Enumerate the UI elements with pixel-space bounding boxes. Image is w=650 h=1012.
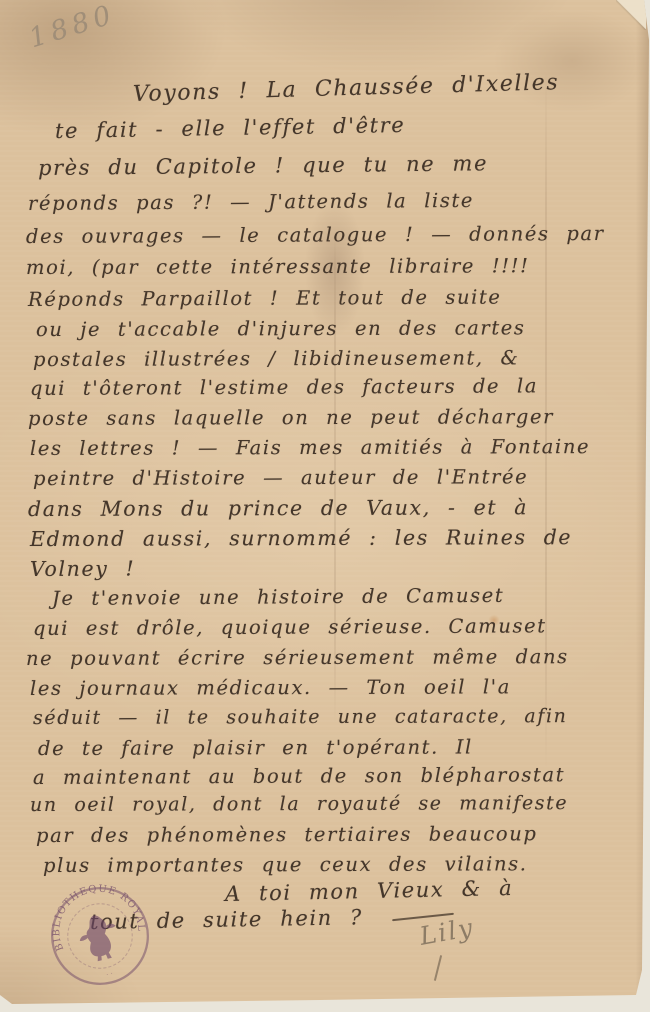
letter-line: moi, (par cette intéressante libraire !!…	[26, 254, 530, 279]
letter-line: les lettres ! — Fais mes amitiés à Fonta…	[30, 435, 590, 460]
letter-line: Voyons ! La Chaussée d'Ixelles	[133, 70, 560, 107]
letter-photo: { "letter": { "year_annotation": "1880",…	[0, 0, 650, 1012]
letter-line: plus importantes que ceux des vilains.	[43, 852, 528, 877]
letter-page: 1880 Voyons ! La Chaussée d'Ixelles te f…	[0, 0, 650, 1012]
lion-emblem-icon	[75, 911, 123, 964]
letter-line: ou je t'accable d'injures en des cartes	[36, 316, 526, 341]
letter-line: séduit — il te souhaite une cataracte, a…	[33, 705, 568, 729]
library-stamp: BIBLIOTHÈQUE ROYALE DE B. · ·	[37, 873, 163, 999]
letter-line: ne pouvant écrire sérieusement même dans	[26, 645, 569, 670]
letter-line: de te faire plaisir en t'opérant. Il	[38, 735, 473, 760]
letter-line: réponds pas ?! — J'attends la liste	[28, 189, 474, 215]
letter-line: qui t'ôteront l'estime des facteurs de l…	[30, 374, 538, 400]
stamp-bottom-mark: · ·	[105, 969, 114, 979]
folded-corner	[616, 0, 646, 30]
letter-line: Je t'envoie une histoire de Camuset	[52, 584, 504, 610]
letter-line: peintre d'Histoire — auteur de l'Entrée	[33, 465, 528, 490]
letter-line: te fait - elle l'effet d'être	[55, 113, 406, 143]
letter-line: un oeil royal, dont la royauté se manife…	[30, 792, 568, 816]
letter-line: postales illustrées / libidineusement, &	[33, 346, 520, 371]
letter-line: a maintenant au bout de son blépharostat	[33, 763, 565, 789]
letter-line: poste sans laquelle on ne peut décharger	[28, 405, 554, 430]
letter-line: près du Capitole ! que tu ne me	[38, 151, 488, 180]
letter-line: par des phénomènes tertiaires beaucoup	[36, 822, 538, 847]
letter-line: Réponds Parpaillot ! Et tout de suite	[28, 286, 502, 311]
letter-line: dans Mons du prince de Vaux, - et à	[28, 495, 528, 521]
letter-line: A toi mon Vieux & à	[225, 876, 514, 906]
letter-line: Volney !	[30, 556, 135, 581]
letter-line: des ouvrages — le catalogue ! — donnés p…	[26, 222, 605, 248]
year-annotation: 1880	[25, 0, 119, 54]
letter-line: qui est drôle, quoique sérieuse. Camuset	[33, 614, 547, 640]
signature-flourish	[434, 955, 442, 981]
letter-line: les journaux médicaux. — Ton oeil l'a	[30, 675, 511, 700]
signature: Lily	[417, 913, 476, 951]
letter-line: Edmond aussi, surnommé : les Ruines de	[30, 525, 572, 551]
